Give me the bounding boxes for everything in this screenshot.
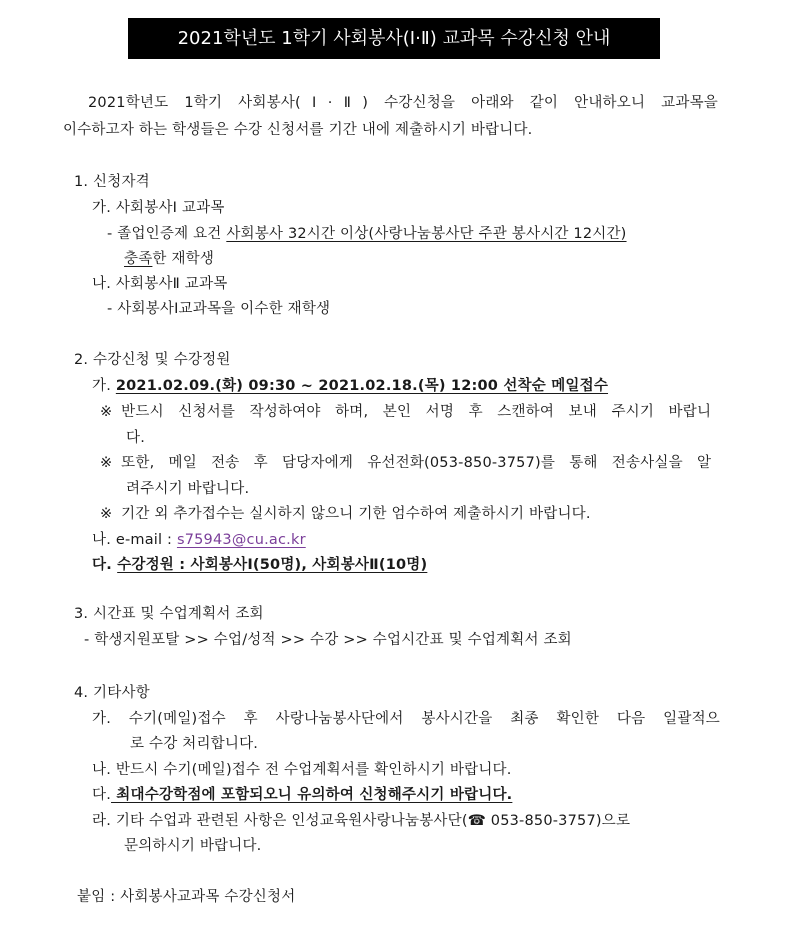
document-title: 2021학년도 1학기 사회봉사(Ⅰ·Ⅱ) 교과목 수강신청 안내: [128, 18, 660, 59]
intro-text-1: 2021학년도 1학기 사회봉사(Ⅰ·Ⅱ) 수강신청을 아래와 같이 안내하오니…: [88, 93, 718, 113]
section-1-na-bullet: - 사회봉사Ⅰ교과목을 이수한 재학생: [107, 299, 330, 319]
reference-mark-icon: ※: [100, 506, 112, 522]
intro-line-2: 이수하고자 하는 학생들은 수강 신청서를 기간 내에 제출하시기 바랍니다.: [63, 120, 533, 140]
section-4-ga-line-2: 로 수강 처리합니다.: [130, 734, 258, 754]
attachment-note: 붙임 : 사회봉사교과목 수강신청서: [77, 887, 295, 907]
section-1-ga-bullet-cont: 충족한 재학생: [124, 249, 214, 269]
section-4-ga-text: 가. 수기(메일)접수 후 사랑나눔봉사단에서 봉사시간을 최종 확인한 다음 …: [92, 709, 720, 729]
portal-path: - 학생지원포탈 >> 수업/성적 >> 수강 >> 수업시간표 및 수업계획서…: [84, 630, 572, 650]
requirement-rest: 한 재학생: [152, 251, 214, 267]
requirement-underlined: 사회봉사 32시간 이상(사랑나눔봉사단 주관 봉사시간 12시간): [226, 226, 626, 242]
section-2-da: 다. 수강정원 : 사회봉사Ⅰ(50명), 사회봉사Ⅱ(10명): [92, 555, 427, 575]
contact-text: 라. 기타 수업과 관련된 사항은 인성교육원사랑나눔봉사단(: [92, 813, 468, 829]
item-prefix: 다.: [92, 787, 111, 803]
note-3: ※ 기간 외 추가접수는 실시하지 않으니 기한 엄수하여 제출하시기 바랍니다…: [100, 504, 591, 524]
section-2-ga: 가. 2021.02.09.(화) 09:30 ~ 2021.02.18.(목)…: [92, 376, 608, 396]
reference-mark-icon: ※: [100, 455, 112, 471]
section-4-da: 다. 최대수강학점에 포함되오니 유의하여 신청해주시기 바랍니다.: [92, 785, 512, 805]
note-2-line-1: ※ 또한, 메일 전송 후 담당자에게 유선전화(053-850-3757)를 …: [100, 453, 720, 473]
section-2-na: 나. e-mail : s75943@cu.ac.kr: [92, 530, 306, 550]
intro-line-1: 2021학년도 1학기 사회봉사(Ⅰ·Ⅱ) 수강신청을 아래와 같이 안내하오니…: [88, 93, 718, 113]
section-1-heading: 1. 신청자격: [74, 172, 150, 192]
note-1-line-2: 다.: [126, 428, 145, 448]
section-1-na-label: 나. 사회봉사Ⅱ 교과목: [92, 274, 227, 294]
email-label: 나. e-mail :: [92, 532, 177, 548]
reference-mark-icon: ※: [100, 404, 112, 420]
credit-warning: 최대수강학점에 포함되오니 유의하여 신청해주시기 바랍니다.: [111, 787, 512, 803]
section-4-heading: 4. 기타사항: [74, 683, 150, 703]
item-prefix: 다.: [92, 557, 117, 573]
email-link[interactable]: s75943@cu.ac.kr: [177, 532, 306, 548]
phone-icon: ☎: [468, 813, 486, 829]
note-2-text: 또한, 메일 전송 후 담당자에게 유선전화(053-850-3757)를 통해…: [121, 453, 711, 473]
section-1-ga-bullet: - 졸업인증제 요건 사회봉사 32시간 이상(사랑나눔봉사단 주관 봉사시간 …: [107, 224, 627, 244]
contact-phone: 053-850-3757)으로: [486, 813, 630, 829]
section-4-ga-line-1: 가. 수기(메일)접수 후 사랑나눔봉사단에서 봉사시간을 최종 확인한 다음 …: [92, 709, 720, 729]
section-4-na: 나. 반드시 수기(메일)접수 전 수업계획서를 확인하시기 바랍니다.: [92, 760, 512, 780]
note-1-line-1: ※ 반드시 신청서를 작성하여야 하며, 본인 서명 후 스캔하여 보내 주시기…: [100, 402, 720, 422]
item-prefix: 가.: [92, 378, 116, 394]
bullet-prefix: - 졸업인증제 요건: [107, 226, 226, 242]
application-period: 2021.02.09.(화) 09:30 ~ 2021.02.18.(목) 12…: [116, 378, 608, 394]
note-1-text: 반드시 신청서를 작성하여야 하며, 본인 서명 후 스캔하여 보내 주시기 바…: [121, 402, 711, 422]
section-4-ra-line-2: 문의하시기 바랍니다.: [124, 836, 261, 856]
section-4-ra-line-1: 라. 기타 수업과 관련된 사항은 인성교육원사랑나눔봉사단(☎ 053-850…: [92, 811, 630, 831]
requirement-underlined-cont: 충족: [124, 251, 152, 267]
section-1-ga-label: 가. 사회봉사Ⅰ 교과목: [92, 198, 225, 218]
note-2-line-2: 려주시기 바랍니다.: [126, 479, 249, 499]
note-3-text: 기간 외 추가접수는 실시하지 않으니 기한 엄수하여 제출하시기 바랍니다.: [121, 506, 591, 522]
section-3-heading: 3. 시간표 및 수업계획서 조회: [74, 604, 264, 624]
section-2-heading: 2. 수강신청 및 수강정원: [74, 350, 231, 370]
enrollment-capacity: 수강정원 : 사회봉사Ⅰ(50명), 사회봉사Ⅱ(10명): [117, 557, 427, 573]
